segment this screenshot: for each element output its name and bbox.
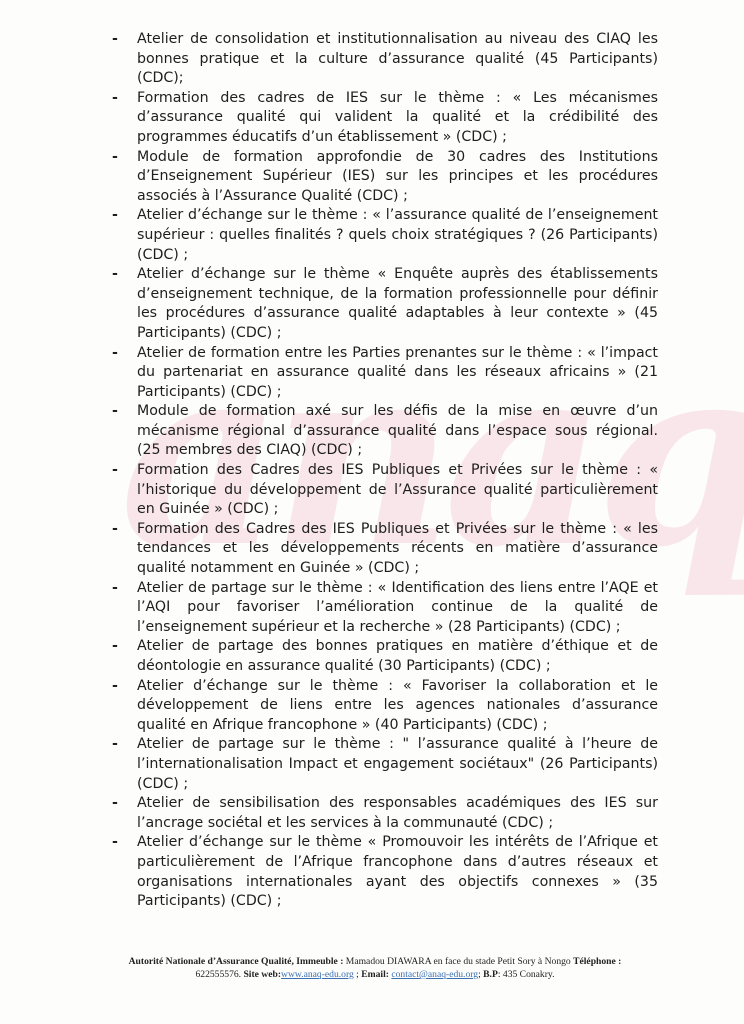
list-item: Atelier de partage sur le thème : " l’as… bbox=[112, 735, 658, 794]
list-item: Atelier de sensibilisation des responsab… bbox=[112, 794, 658, 833]
list-item: Atelier de formation entre les Parties p… bbox=[112, 344, 658, 403]
list-item: Formation des Cadres des IES Publiques e… bbox=[112, 520, 658, 579]
footer-website-link[interactable]: www.anaq-edu.org bbox=[281, 969, 354, 980]
list-item: Formation des cadres de IES sur le thème… bbox=[112, 89, 658, 148]
list-item: Atelier de partage sur le thème : « Iden… bbox=[112, 579, 658, 638]
document-body: Atelier de consolidation et institutionn… bbox=[112, 30, 658, 912]
footer-phone-label: Téléphone : bbox=[573, 956, 621, 967]
list-item: Atelier d’échange sur le thème : « Favor… bbox=[112, 677, 658, 736]
footer-email-link[interactable]: contact@anaq-edu.org bbox=[391, 969, 478, 980]
page-footer: Autorité Nationale d’Assurance Qualité, … bbox=[100, 955, 650, 981]
footer-org-label: Autorité Nationale d’Assurance Qualité, … bbox=[129, 956, 344, 967]
list-item: Module de formation axé sur les défis de… bbox=[112, 402, 658, 461]
footer-address: Mamadou DIAWARA en face du stade Petit S… bbox=[343, 956, 573, 967]
footer-phone: 622555576. bbox=[195, 969, 243, 980]
footer-bp: : 435 Conakry. bbox=[498, 969, 555, 980]
list-item: Formation des Cadres des IES Publiques e… bbox=[112, 461, 658, 520]
list-item: Module de formation approfondie de 30 ca… bbox=[112, 148, 658, 207]
list-item: Atelier de partage des bonnes pratiques … bbox=[112, 637, 658, 676]
footer-email-label: Email: bbox=[361, 969, 389, 980]
footer-bp-label: B.P bbox=[483, 969, 498, 980]
footer-site-label: Site web: bbox=[243, 969, 281, 980]
list-item: Atelier d’échange sur le thème « Enquête… bbox=[112, 265, 658, 343]
list-item: Atelier d’échange sur le thème : « l’ass… bbox=[112, 206, 658, 265]
list-item: Atelier de consolidation et institutionn… bbox=[112, 30, 658, 89]
activity-list: Atelier de consolidation et institutionn… bbox=[112, 30, 658, 912]
list-item: Atelier d’échange sur le thème « Promouv… bbox=[112, 833, 658, 911]
